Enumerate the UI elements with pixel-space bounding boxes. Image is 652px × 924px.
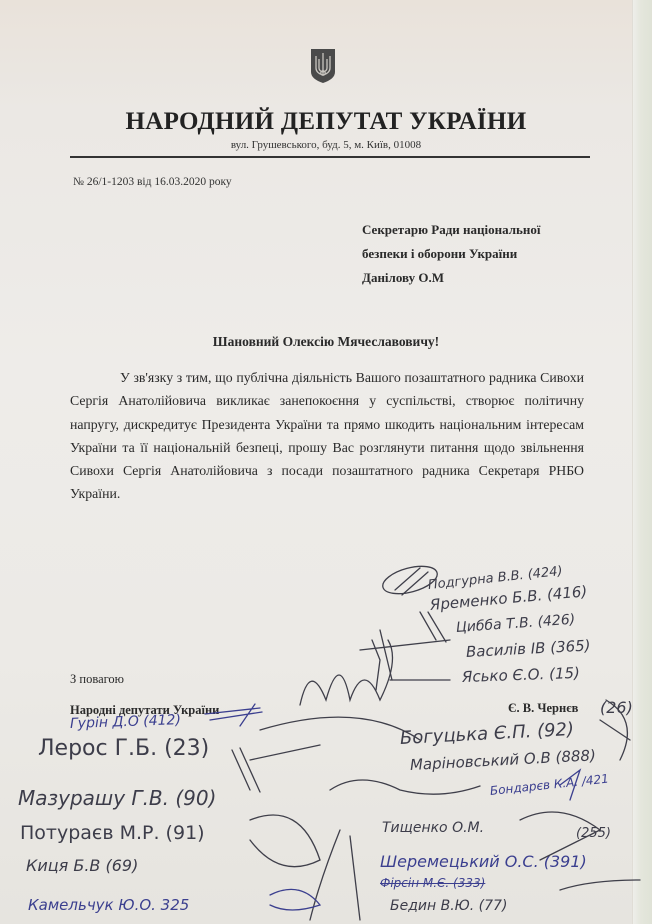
addressee-line: Секретарю Ради національної bbox=[362, 218, 541, 242]
trident-coat-of-arms-icon bbox=[310, 48, 336, 84]
addressee-line: Данілову О.М bbox=[362, 266, 541, 290]
document-reference: № 26/1-1203 від 16.03.2020 року bbox=[73, 176, 232, 188]
handwritten-signature: (26) bbox=[600, 698, 633, 717]
handwritten-signature: Фірсін М.Є. (333) bbox=[380, 876, 485, 890]
handwritten-signature: Шеремецький О.С. (391) bbox=[380, 852, 587, 871]
handwritten-signature: Камельчук Ю.О. 325 bbox=[28, 896, 189, 914]
handwritten-signature: Тищенко О.М. bbox=[382, 820, 484, 836]
handwritten-signature: (255) bbox=[576, 826, 611, 841]
letterhead-address: вул. Грушевського, буд. 5, м. Київ, 0100… bbox=[0, 139, 652, 151]
handwritten-signature: Потураєв М.Р. (91) bbox=[20, 822, 205, 844]
handwritten-signature: Киця Б.В (69) bbox=[26, 856, 138, 875]
salutation: Шановний Олексію Мячеславовичу! bbox=[0, 334, 652, 350]
closing: З повагою bbox=[70, 672, 124, 687]
handwritten-signature: Бедин В.Ю. (77) bbox=[390, 898, 507, 914]
letterhead-title: НАРОДНИЙ ДЕПУТАТ УКРАЇНИ bbox=[0, 108, 652, 136]
handwritten-signature: Мазурашу Г.В. (90) bbox=[18, 786, 216, 810]
lead-signer: Є. В. Чернєв bbox=[508, 701, 578, 716]
addressee-line: безпеки і оборони України bbox=[362, 242, 541, 266]
addressee-block: Секретарю Ради національної безпеки і об… bbox=[362, 218, 541, 290]
letterhead-divider bbox=[70, 156, 590, 158]
letter-body: У зв'язку з тим, що публічна діяльність … bbox=[70, 366, 584, 506]
handwritten-signature: Лерос Г.Б. (23) bbox=[38, 736, 209, 761]
